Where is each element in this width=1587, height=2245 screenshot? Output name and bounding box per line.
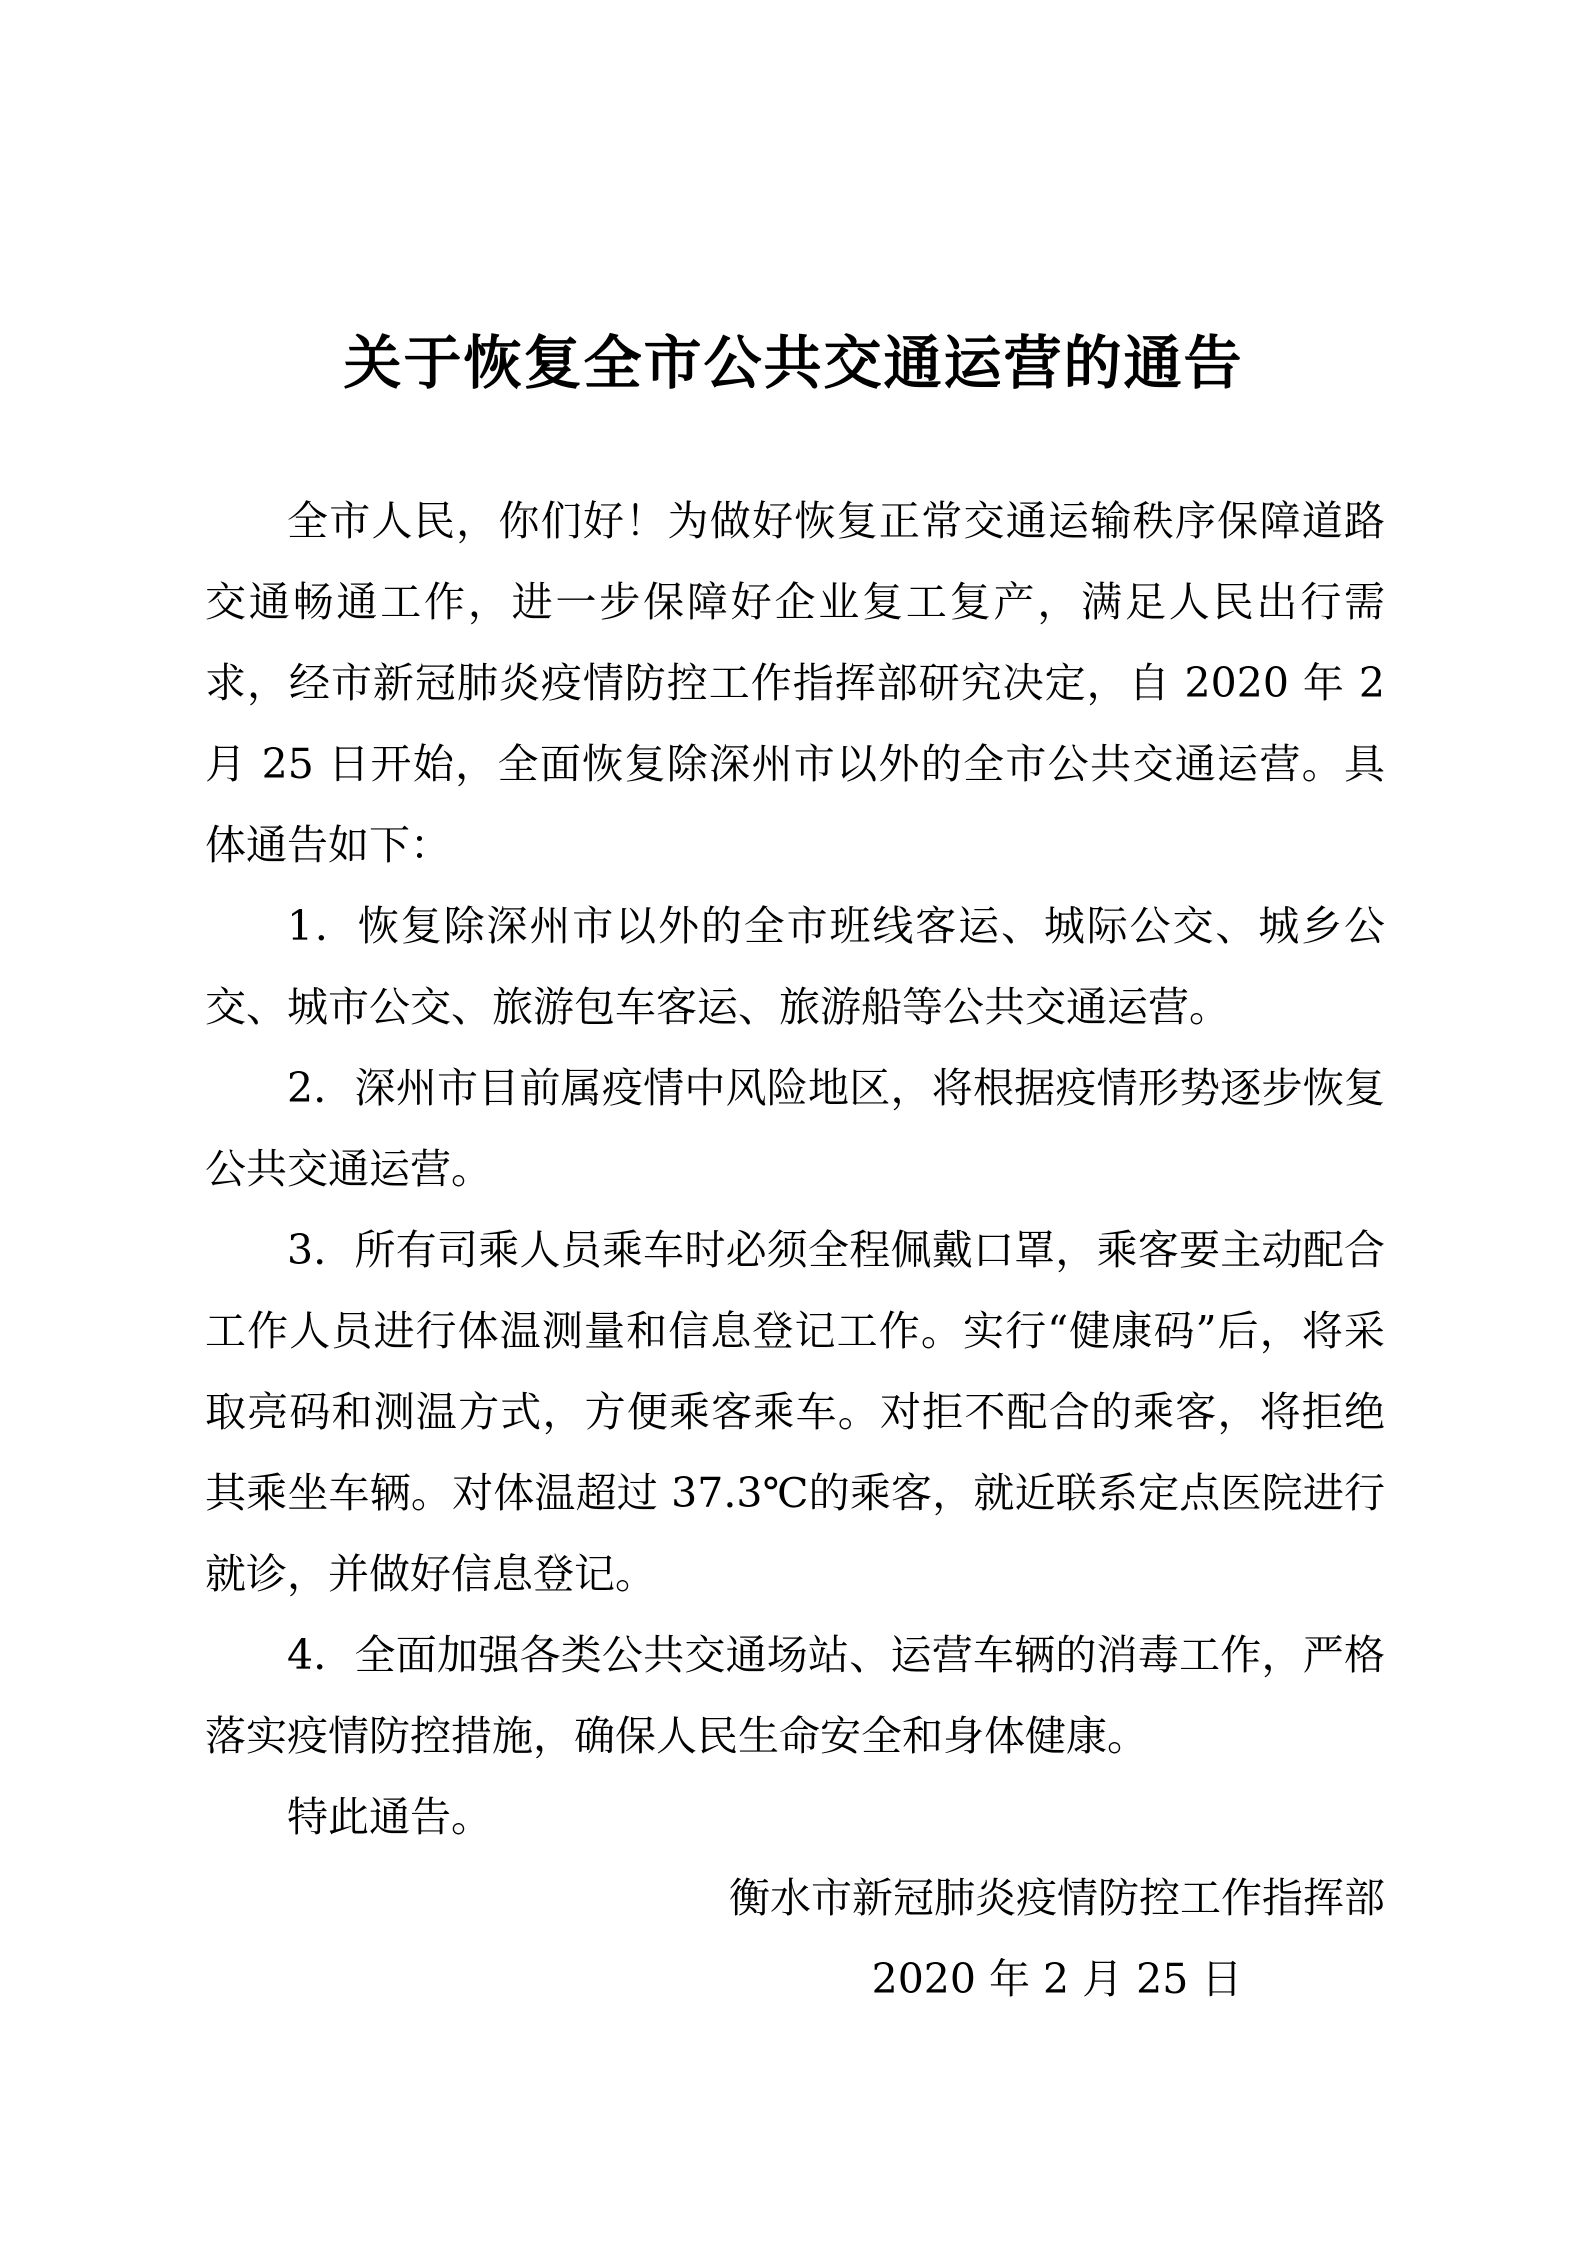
issue-date: 2020 年 2 月 25 日 — [729, 1939, 1385, 2020]
notice-paragraph-intro: 全市人民，你们好！为做好恢复正常交通运输秩序保障道路交通畅通工作，进一步保障好企… — [205, 481, 1385, 886]
notice-item-4: 4．全面加强各类公共交通场站、运营车辆的消毒工作，严格落实疫情防控措施，确保人民… — [205, 1615, 1385, 1777]
notice-item-2: 2．深州市目前属疫情中风险地区，将根据疫情形势逐步恢复公共交通运营。 — [205, 1048, 1385, 1210]
signature-block: 衡水市新冠肺炎疫情防控工作指挥部 2020 年 2 月 25 日 — [205, 1858, 1385, 2020]
notice-title: 关于恢复全市公共交通运营的通告 — [0, 0, 1587, 394]
notice-page: 关于恢复全市公共交通运营的通告 全市人民，你们好！为做好恢复正常交通运输秩序保障… — [0, 0, 1587, 2245]
notice-item-3: 3．所有司乘人员乘车时必须全程佩戴口罩，乘客要主动配合工作人员进行体温测量和信息… — [205, 1210, 1385, 1615]
notice-item-1: 1．恢复除深州市以外的全市班线客运、城际公交、城乡公交、城市公交、旅游包车客运、… — [205, 886, 1385, 1048]
signature-inner: 衡水市新冠肺炎疫情防控工作指挥部 2020 年 2 月 25 日 — [729, 1858, 1385, 2020]
notice-body: 全市人民，你们好！为做好恢复正常交通运输秩序保障道路交通畅通工作，进一步保障好企… — [205, 481, 1385, 2020]
issuer-signature: 衡水市新冠肺炎疫情防控工作指挥部 — [729, 1858, 1385, 1939]
notice-closing: 特此通告。 — [205, 1777, 1385, 1858]
